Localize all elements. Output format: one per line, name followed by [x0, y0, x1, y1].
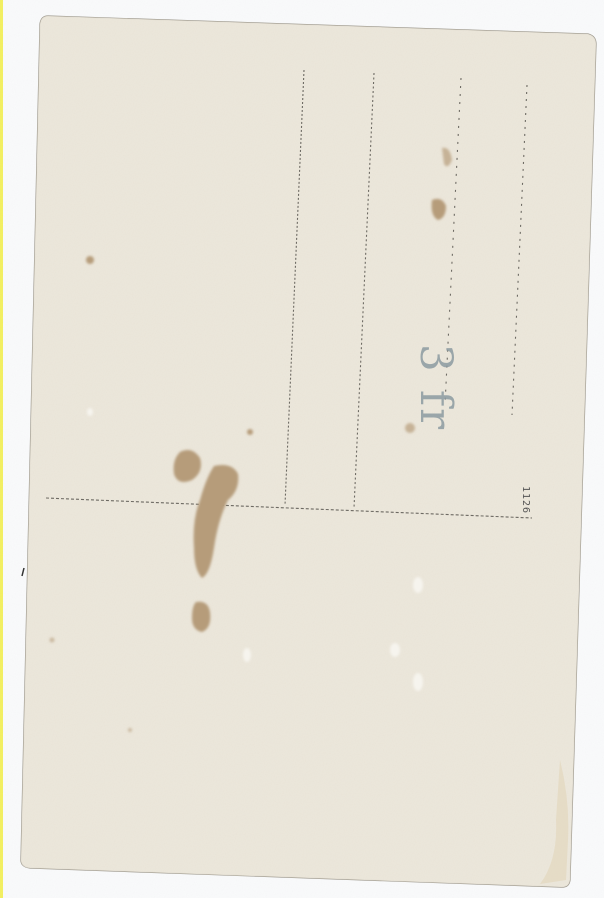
postcard-back: 3 fr 1126	[0, 0, 604, 898]
print-number: 1126	[520, 486, 531, 514]
postcard-drawing	[0, 0, 604, 898]
handwritten-price: 3 fr	[410, 344, 461, 431]
